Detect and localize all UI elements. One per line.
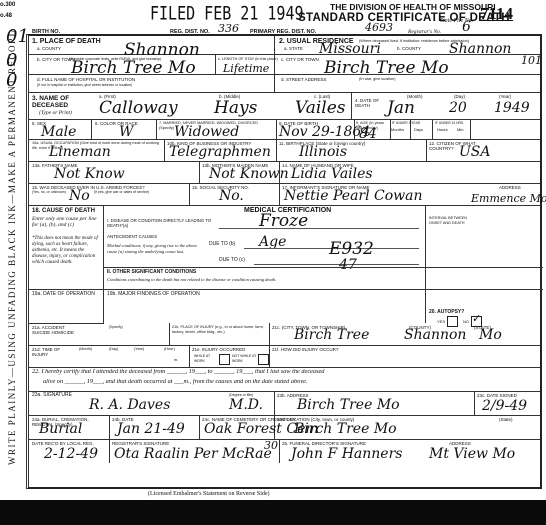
middle-name-value: Hays: [214, 98, 257, 118]
informant-value: Nettie Pearl Cowan: [284, 188, 423, 204]
coding-marks: E932: [329, 239, 374, 259]
margin-instructions: WRITE PLAINLY—USING UNFADING BLACK INK—M…: [2, 60, 20, 480]
days-label: Days: [414, 127, 423, 132]
burial-date-value: Jan 21-49: [117, 421, 185, 437]
father-value: Not Know: [54, 166, 125, 182]
operation-date-label: 19a. DATE OF OPERATION: [32, 292, 95, 297]
state-file-number: 7114: [480, 4, 513, 24]
place-of-injury-label: 21b. PLACE OF INJURY (e.g., in or about …: [172, 325, 267, 335]
under-day-label: IF UNDER 24 HRS.: [435, 121, 464, 126]
spouse-value: Lidia Vailes: [291, 166, 373, 182]
scan-border: [0, 500, 546, 525]
date-recd-value: 2-12-49: [44, 446, 98, 462]
primary-reg-value: 4693: [365, 21, 393, 34]
months-label: Months: [391, 127, 404, 132]
informant-address-label: ADDRESS: [499, 185, 521, 190]
certificate-form: 1. PLACE OF DEATH a. COUNTY Shannon 2. U…: [26, 34, 542, 489]
time-year-label: (Year): [134, 347, 144, 352]
mother-value: Not Known: [209, 166, 289, 182]
cause-label: 18. CAUSE OF DEATH: [32, 208, 95, 214]
burial-location-state-label: (State): [499, 417, 513, 422]
time-month-label: (Month): [79, 347, 92, 352]
time-day-label: (Day): [109, 347, 118, 352]
funeral-number: 30: [264, 439, 278, 452]
form-code: o.48: [0, 11, 15, 22]
form-code: o.300: [0, 0, 15, 11]
how-injury-label: 21f. HOW DID INJURY OCCUR?: [272, 347, 338, 352]
instruction-text: WRITE PLAINLY—USING UNFADING BLACK INK—M…: [7, 65, 17, 465]
time-hour-label: (Hour): [164, 347, 175, 352]
funeral-director-signature: John F Hanners: [291, 446, 402, 462]
under-year-label: IF UNDER 1 YEAR: [392, 121, 420, 126]
registrar-no-value: 6: [462, 19, 471, 35]
cause-footnote: *This does not mean the mode of dying, s…: [32, 236, 100, 266]
business-value: Telegraphmen: [169, 144, 271, 160]
other-conditions-label: II. OTHER SIGNIFICANT CONDITIONS: [107, 270, 196, 275]
embalmer-note: (Licensed Embalmer's Statement on Revers…: [148, 491, 270, 497]
residence-margin-mark: 101: [521, 54, 542, 67]
first-name-value: Calloway: [99, 98, 178, 118]
date-of-death-label: 4. DATE OF DEATH: [355, 98, 381, 108]
injury-county-value: Shannon: [404, 327, 466, 343]
other-conditions-note: Conditions contributing to the death but…: [107, 277, 297, 283]
autopsy-label: 20. AUTOPSY?: [429, 310, 464, 315]
armed-forces-value: No: [69, 188, 90, 204]
certification-line-1: 22. I hereby certify that I attended the…: [32, 369, 542, 375]
physician-address-value: Birch Tree Mo: [297, 397, 400, 413]
disease-label: I. DISEASE OR CONDITION DIRECTLY LEADING…: [107, 218, 217, 228]
injury-city-value: Birch Tree: [294, 327, 369, 343]
while-at-work-checkbox[interactable]: [219, 354, 230, 365]
death-year-value: 1949: [494, 100, 530, 116]
occupation-value: Lineman: [49, 144, 111, 160]
sex-value: Male: [41, 124, 76, 140]
not-while-at-work-label: NOT WHILE AT WORK: [232, 354, 258, 364]
date-signed-value: 2/9-49: [482, 398, 527, 414]
marital-value: Widowed: [174, 124, 239, 140]
accident-label: 21a. ACCIDENT SUICIDE HOMICIDE: [32, 325, 82, 335]
certificate-title: STANDARD CERTIFICATE OF DEATH: [298, 12, 510, 24]
due-to-c-label: DUE TO (c): [219, 258, 245, 263]
funeral-address-value: Mt View Mo: [429, 446, 515, 462]
hospital-label: d. FULL NAME OF HOSPITAL OR INSTITUTION: [37, 77, 135, 82]
birthplace-value: Illinois: [299, 144, 347, 160]
informant-address-value: Emmence Mo: [471, 192, 546, 205]
min-label: Min.: [457, 127, 465, 132]
antecedent-label: ANTECEDENT CAUSES: [107, 234, 157, 239]
while-at-work-label: WHILE AT WORK: [194, 354, 216, 364]
street-label: d. STREET ADDRESS: [281, 77, 326, 82]
hospital-note: (If not in hospital or institution, give…: [37, 83, 132, 88]
filed-stamp: FILED FEB 21 1949: [150, 2, 304, 25]
signature-label: 23a. SIGNATURE: [32, 393, 72, 398]
state-label: a. STATE: [284, 46, 303, 51]
cause-instructions: Enter only one cause per line for (a), (…: [32, 216, 100, 228]
injury-occurred-label: 21e. INJURY OCCURRED: [192, 347, 245, 352]
ssn-value: No.: [219, 188, 244, 204]
citizen-value: USA: [459, 144, 491, 160]
specify-label: (Specify): [109, 325, 123, 330]
physician-signature: R. A. Daves: [89, 397, 170, 413]
name-note: (Type or Print): [39, 110, 72, 116]
armed-forces-war-note: (If yes, give war or dates of service): [94, 190, 149, 195]
place-of-death-label: 1. PLACE OF DEATH: [32, 38, 101, 45]
division-heading: THE DIVISION OF HEALTH OF MISSOURI: [330, 2, 496, 12]
color-value: W: [119, 124, 133, 140]
street-note: (If rural, give location): [359, 77, 396, 82]
physician-degree: M.D.: [229, 397, 263, 413]
coding-marks-2: 47: [339, 257, 357, 273]
burial-value: Burial: [39, 421, 82, 437]
year-label: (Year): [499, 94, 511, 99]
name-label: 3. NAME OF DECEASED: [32, 95, 87, 109]
last-name-value: Vailes: [295, 98, 346, 118]
hours-label: Hours: [437, 127, 448, 132]
operation-findings-label: 19b. MAJOR FINDINGS OF OPERATION: [107, 292, 200, 297]
death-day-value: 20: [449, 100, 467, 116]
interval-label: INTERVAL BETWEEN ONSET AND DEATH: [429, 216, 479, 226]
registrar-signature: Ota Raalin Per McRae: [114, 446, 272, 462]
not-while-at-work-checkbox[interactable]: [258, 354, 269, 365]
death-month-value: Jan: [387, 98, 415, 118]
res-county-label: b. COUNTY: [397, 46, 421, 51]
county-label: a. COUNTY: [37, 46, 61, 51]
armed-forces-note: (Yes, no, or unknown): [32, 190, 66, 195]
res-city-label: c. CITY OR TOWN: [281, 57, 319, 62]
certification-line-2: alive on ______, 19___, and that death o…: [43, 379, 543, 385]
time-m-label: m.: [174, 358, 178, 363]
antecedent-note: Morbid conditions, if any, giving rise t…: [107, 243, 207, 255]
time-of-injury-label: 21d. TIME OF INJURY: [32, 347, 62, 357]
day-label: (Day): [454, 94, 465, 99]
burial-location-value: Birch Tree Mo: [294, 421, 397, 437]
injury-state-value: Mo: [479, 327, 502, 343]
margin-form-codes: o.300 o.48: [0, 0, 15, 22]
due-to-b-label: DUE TO (b): [209, 242, 235, 247]
